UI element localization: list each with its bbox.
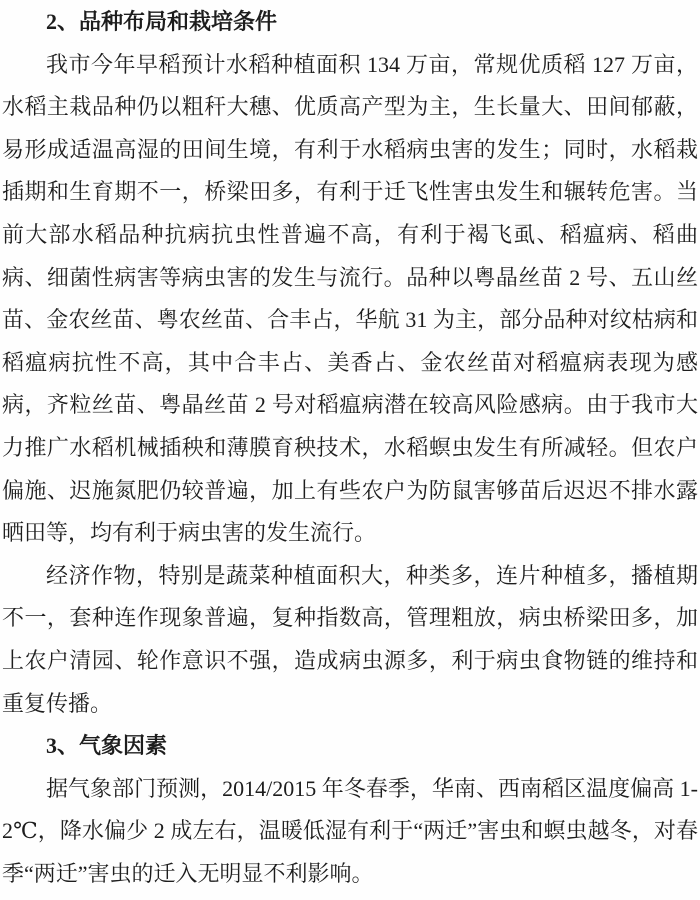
paragraph-rice-varieties-cultivation: 我市今年早稻预计水稻种植面积 134 万亩，常规优质稻 127 万亩，水稻主栽品…	[2, 44, 698, 555]
section-heading-variety-layout: 2、品种布局和栽培条件	[2, 1, 698, 44]
document-page: 2、品种布局和栽培条件 我市今年早稻预计水稻种植面积 134 万亩，常规优质稻 …	[0, 0, 700, 900]
paragraph-weather-forecast: 据气象部门预测，2014/2015 年冬春季，华南、西南稻区温度偏高 1-2℃，…	[2, 768, 698, 896]
paragraph-economic-crops: 经济作物，特别是蔬菜种植面积大，种类多，连片种植多，播植期不一，套种连作现象普遍…	[2, 555, 698, 725]
section-heading-weather-factors: 3、气象因素	[2, 725, 698, 768]
